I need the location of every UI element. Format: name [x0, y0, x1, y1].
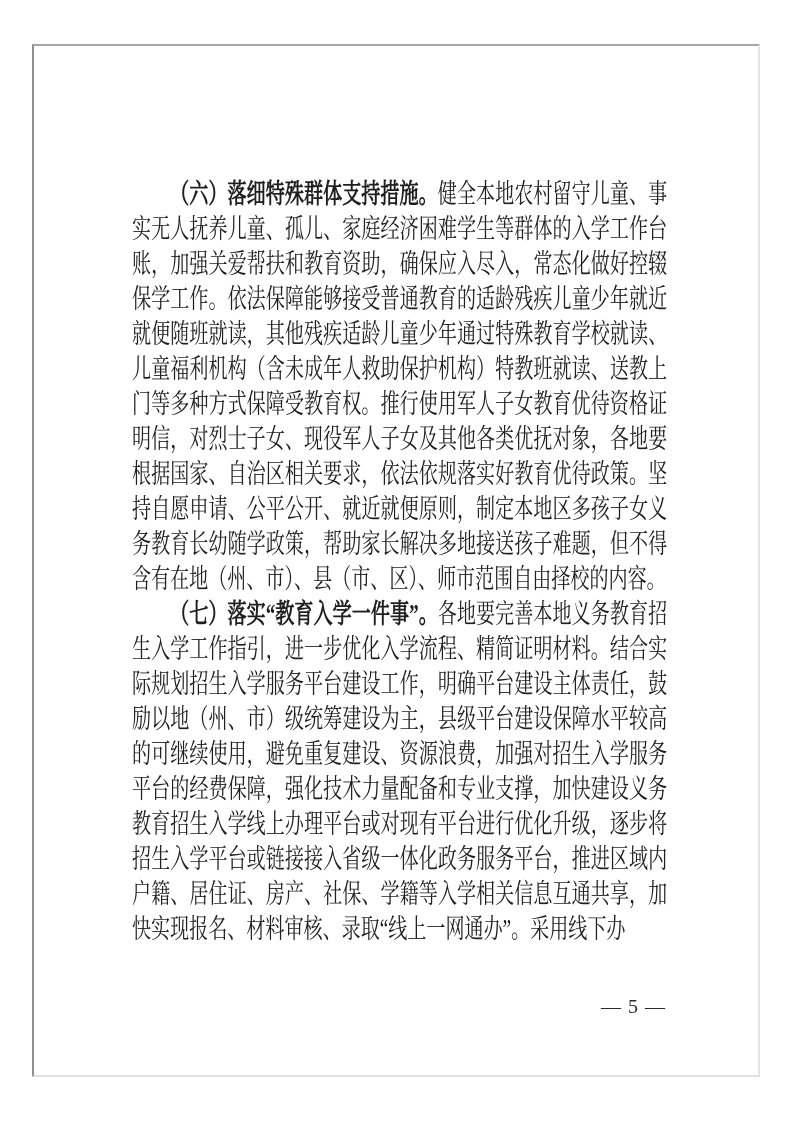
paragraph-six-lead: （六）落细特殊群体支持措施。	[170, 179, 438, 209]
page-number: — 5 —	[601, 996, 666, 1019]
paragraph-six-body: 健全本地农村留守儿童、事实无人抚养儿童、孤儿、家庭经济困难学生等群体的入学工作台…	[132, 179, 667, 594]
paragraph-seven: （七）落实“教育入学一件事”。各地要完善本地义务教育招生入学工作指引，进一步优化…	[132, 597, 667, 947]
document-text: （六）落细特殊群体支持措施。健全本地农村留守儿童、事实无人抚养儿童、孤儿、家庭经…	[132, 177, 667, 947]
scanned-page: （六）落细特殊群体支持措施。健全本地农村留守儿童、事实无人抚养儿童、孤儿、家庭经…	[32, 44, 760, 1077]
scan-background: （六）落细特殊群体支持措施。健全本地农村留守儿童、事实无人抚养儿童、孤儿、家庭经…	[0, 0, 793, 1122]
paragraph-seven-lead: （七）落实“教育入学一件事”。	[170, 599, 438, 629]
paragraph-six: （六）落细特殊群体支持措施。健全本地农村留守儿童、事实无人抚养儿童、孤儿、家庭经…	[132, 177, 667, 597]
paragraph-seven-body: 各地要完善本地义务教育招生入学工作指引，进一步优化入学流程、精简证明材料。结合实…	[132, 599, 667, 944]
